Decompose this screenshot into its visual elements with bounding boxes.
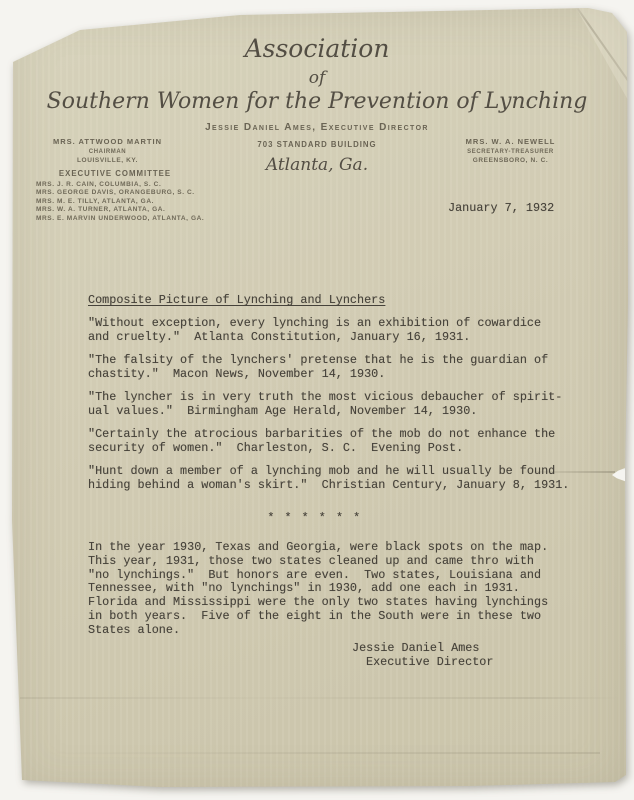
quote-line: ual values." Birmingham Age Herald, Nove… (88, 405, 562, 419)
quote-paragraph: "The lyncher is in very truth the most v… (88, 391, 562, 419)
letter-paper: Association of Southern Women for the Pr… (0, 0, 634, 800)
quote-paragraph: "Certainly the atrocious barbarities of … (88, 428, 555, 456)
org-name-line3: Southern Women for the Prevention of Lyn… (0, 89, 634, 114)
quote-line: hiding behind a woman's skirt." Christia… (88, 479, 569, 493)
committee-member: MRS. GEORGE DAVIS, ORANGEBURG, S. C. (36, 189, 250, 197)
quote-line: "Without exception, every lynching is an… (88, 317, 541, 331)
closing-line: This year, 1931, those two states cleane… (88, 555, 548, 569)
committee-member: MRS. M. E. TILLY, ATLANTA, GA. (36, 198, 250, 206)
quote-line: chastity." Macon News, November 14, 1930… (88, 368, 548, 382)
quote-line: and cruelty." Atlanta Constitution, Janu… (88, 331, 541, 345)
closing-line: "no lynchings." But honors are even. Two… (88, 569, 548, 583)
paper-fleck (14, 32, 18, 36)
closing-line: In the year 1930, Texas and Georgia, wer… (88, 541, 548, 555)
org-name-line2: of (0, 68, 634, 88)
closing-line: States alone. (88, 624, 548, 638)
committee-member: MRS. E. MARVIN UNDERWOOD, ATLANTA, GA. (36, 215, 250, 223)
closing-line: Tennessee, with "no lynchings" in 1930, … (88, 582, 548, 596)
quote-line: security of women." Charleston, S. C. Ev… (88, 442, 555, 456)
letter-date: January 7, 1932 (448, 202, 554, 216)
quote-paragraph: "Without exception, every lynching is an… (88, 317, 541, 345)
executive-committee-block: EXECUTIVE COMMITTEE MRS. J. R. CAIN, COL… (30, 169, 250, 223)
closing-line: in both years. Five of the eight in the … (88, 610, 548, 624)
quote-paragraph: "Hunt down a member of a lynching mob an… (88, 465, 569, 493)
staple-mark (42, 23, 50, 27)
secretary-title: SECRETARY-TREASURER (428, 149, 593, 155)
signature-title: Executive Director (366, 656, 493, 670)
closing-paragraph: In the year 1930, Texas and Georgia, wer… (88, 541, 548, 638)
asterisk-divider: * * * * * * (88, 512, 541, 526)
quote-line: "Hunt down a member of a lynching mob an… (88, 465, 569, 479)
body-heading: Composite Picture of Lynching and Lynche… (88, 294, 385, 308)
closing-line: Florida and Mississippi were the only tw… (88, 596, 548, 610)
secretary-location: GREENSBORO, N. C. (428, 157, 593, 164)
quote-line: "The falsity of the lynchers' pretense t… (88, 354, 548, 368)
paper-shadow: Association of Southern Women for the Pr… (0, 0, 634, 800)
executive-director-line: Jessie Daniel Ames, Executive Director (0, 122, 634, 133)
committee-member: MRS. J. R. CAIN, COLUMBIA, S. C. (36, 181, 250, 189)
signature-name: Jessie Daniel Ames (352, 642, 479, 656)
org-name-line1: Association (0, 34, 634, 63)
secretary-name: MRS. W. A. NEWELL (428, 137, 593, 146)
quote-line: "The lyncher is in very truth the most v… (88, 391, 562, 405)
crease-bottom-2 (40, 752, 600, 754)
quote-paragraph: "The falsity of the lynchers' pretense t… (88, 354, 548, 382)
paper-tear (606, 466, 630, 483)
chairman-title: CHAIRMAN (30, 149, 185, 155)
scanned-letter-page: Association of Southern Women for the Pr… (0, 0, 634, 800)
secretary-block: MRS. W. A. NEWELL SECRETARY-TREASURER GR… (428, 137, 593, 164)
crease-bottom-1 (20, 697, 620, 699)
committee-member: MRS. W. A. TURNER, ATLANTA, GA. (36, 206, 250, 214)
quote-line: "Certainly the atrocious barbarities of … (88, 428, 555, 442)
